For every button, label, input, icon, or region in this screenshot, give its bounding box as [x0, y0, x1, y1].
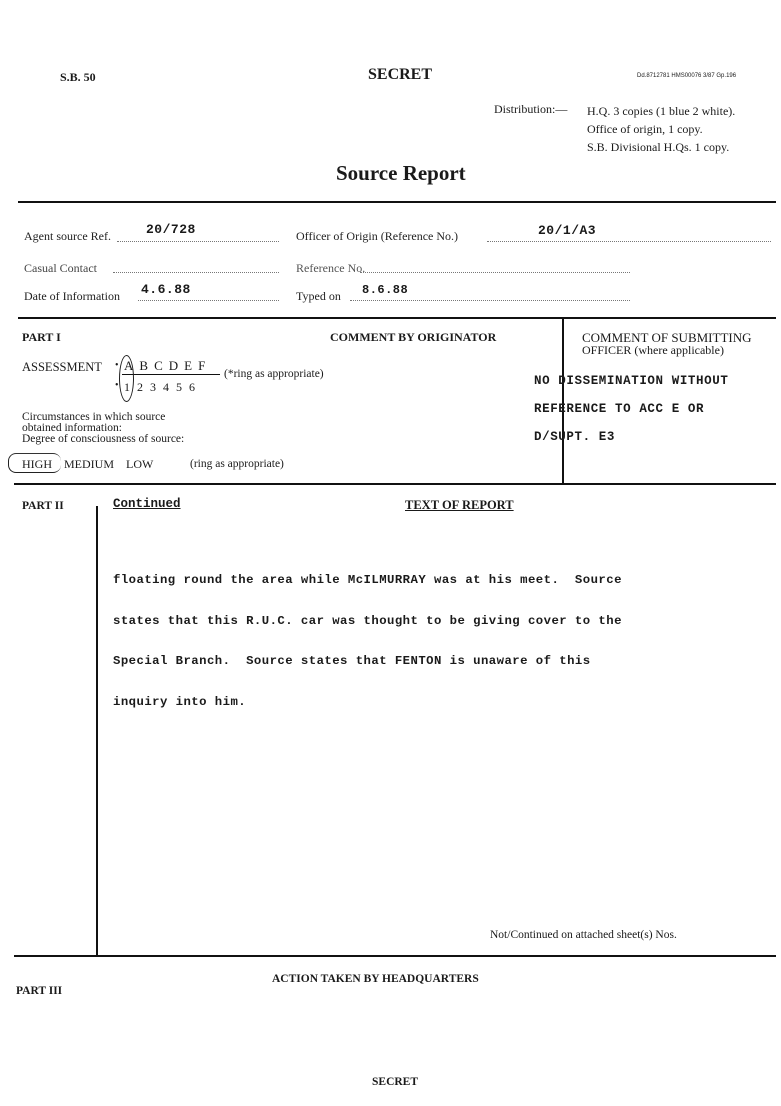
circumstances-label: Circumstances in which source obtained i… [22, 412, 184, 445]
typed-on-line [350, 300, 630, 301]
assessment-option-c[interactable]: C [154, 358, 166, 374]
form-number: S.B. 50 [60, 70, 96, 85]
divider [18, 201, 776, 203]
consciousness-ring-note: (ring as appropriate) [190, 458, 284, 470]
assessment-option-6[interactable]: 6 [189, 380, 199, 395]
continued-on-attached-note: Not/Continued on attached sheet(s) Nos. [490, 929, 677, 941]
assessment-label: ASSESSMENT [22, 360, 102, 375]
part-2-label: PART II [22, 500, 64, 512]
print-reference: Dd.8712781 HMS00076 3/87 Gp.196 [637, 73, 736, 79]
report-line: Special Branch. Source states that FENTO… [113, 655, 622, 669]
divider [14, 483, 776, 485]
report-line: inquiry into him. [113, 696, 622, 710]
assessment-credibility-options[interactable]: 123456 [124, 380, 199, 395]
reference-no-line[interactable] [360, 272, 630, 273]
officer-of-origin-value[interactable]: 20/1/A3 [538, 223, 596, 238]
divider [18, 317, 776, 319]
officer-of-origin-line [487, 241, 771, 242]
submitting-officer-comment[interactable]: NO DISSEMINATION WITHOUT REFERENCE TO AC… [534, 367, 728, 451]
assessment-option-d[interactable]: D [169, 358, 181, 374]
agent-source-ref-label: Agent source Ref. [24, 229, 111, 244]
assessment-option-f[interactable]: F [198, 358, 208, 374]
assessment-option-5[interactable]: 5 [176, 380, 186, 395]
action-taken-heading: ACTION TAKEN BY HEADQUARTERS [272, 973, 479, 985]
text-of-report-heading: TEXT OF REPORT [405, 498, 514, 513]
continued-label: Continued [113, 497, 181, 511]
agent-source-ref-line [117, 241, 279, 242]
casual-contact-label: Casual Contact [24, 261, 97, 276]
assessment-option-b[interactable]: B [139, 358, 151, 374]
casual-contact-line[interactable] [113, 272, 279, 273]
comment-by-originator-heading: COMMENT BY ORIGINATOR [330, 330, 496, 345]
consciousness-selection-ring [8, 453, 61, 473]
assessment-selection-ring [119, 355, 134, 402]
asterisk-marker: • [115, 380, 119, 391]
date-of-information-label: Date of Information [24, 289, 120, 304]
distribution-item: Office of origin, 1 copy. [587, 120, 735, 138]
date-of-information-value[interactable]: 4.6.88 [141, 282, 191, 297]
distribution-item: S.B. Divisional H.Qs. 1 copy. [587, 138, 735, 156]
assessment-option-3[interactable]: 3 [150, 380, 160, 395]
report-line: states that this R.U.C. car was thought … [113, 615, 622, 629]
assessment-option-2[interactable]: 2 [137, 380, 147, 395]
assessment-reliability-options[interactable]: ABCDEF [124, 358, 208, 374]
part-3-label: PART III [16, 985, 62, 997]
part-2-margin-line [96, 506, 98, 956]
assessment-ring-note: (*ring as appropriate) [224, 368, 324, 380]
divider [14, 955, 776, 957]
classification-bottom: SECRET [372, 1076, 418, 1088]
assessment-fraction-line [122, 374, 220, 375]
assessment-option-e[interactable]: E [184, 358, 195, 374]
distribution-list: H.Q. 3 copies (1 blue 2 white). Office o… [587, 102, 735, 156]
officer-of-origin-label: Officer of Origin (Reference No.) [296, 229, 458, 244]
classification-top: SECRET [368, 66, 432, 84]
part-1-label: PART I [22, 330, 61, 345]
typed-on-value[interactable]: 8.6.88 [362, 283, 408, 297]
reference-no-label: Reference No. [296, 261, 365, 276]
comment-submitting-heading: COMMENT OF SUBMITTING OFFICER (where app… [582, 331, 752, 357]
distribution-item: H.Q. 3 copies (1 blue 2 white). [587, 102, 735, 120]
typed-on-label: Typed on [296, 289, 341, 304]
asterisk-marker: • [115, 360, 119, 371]
report-line: floating round the area while McILMURRAY… [113, 574, 622, 588]
agent-source-ref-value[interactable]: 20/728 [146, 222, 196, 237]
report-body[interactable]: floating round the area while McILMURRAY… [113, 547, 622, 723]
assessment-option-4[interactable]: 4 [163, 380, 173, 395]
page-title: Source Report [336, 161, 466, 186]
distribution-label: Distribution:— [494, 102, 567, 117]
date-of-information-line [138, 300, 279, 301]
consciousness-option-medium[interactable]: MEDIUM [64, 457, 114, 472]
consciousness-option-low[interactable]: LOW [126, 457, 153, 472]
